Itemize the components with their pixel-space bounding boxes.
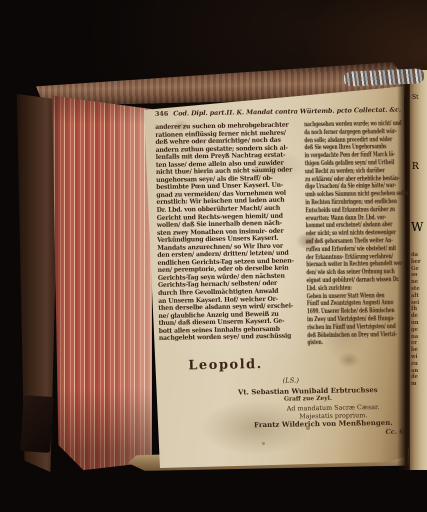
signature-leopold: Leopold. — [188, 357, 263, 373]
running-title: Cod. Dipl. part.II. K. Mandat contra Wür… — [173, 106, 401, 118]
text-column-left: anderer zu suchen ob mehrobgebrachterrat… — [155, 121, 307, 342]
facing-page-initial-small: R — [412, 162, 419, 172]
quire-mark: Cc. 6 — [385, 428, 404, 436]
printed-page-content: 346 Cod. Dipl. part.II. K. Mandat contra… — [137, 73, 418, 470]
cover-corner-tab — [20, 395, 54, 453]
facing-page-header-fragment: St — [412, 94, 419, 101]
text-column-right: nachgesehen werden wurde; wo nicht/ undd… — [304, 120, 403, 347]
text-line: gisten. — [307, 338, 402, 347]
book-photograph: 346 Cod. Dipl. part.II. K. Mandat contra… — [0, 0, 427, 512]
text-line: nachgelebt worden seye/ und zuschüssig — [159, 332, 307, 342]
running-header: 346 Cod. Dipl. part.II. K. Mandat contra… — [155, 105, 407, 117]
seal-mark: (LS.) — [283, 376, 300, 384]
red-sprinkled-fore-edge — [48, 86, 152, 472]
page-number: 346 — [155, 110, 168, 118]
